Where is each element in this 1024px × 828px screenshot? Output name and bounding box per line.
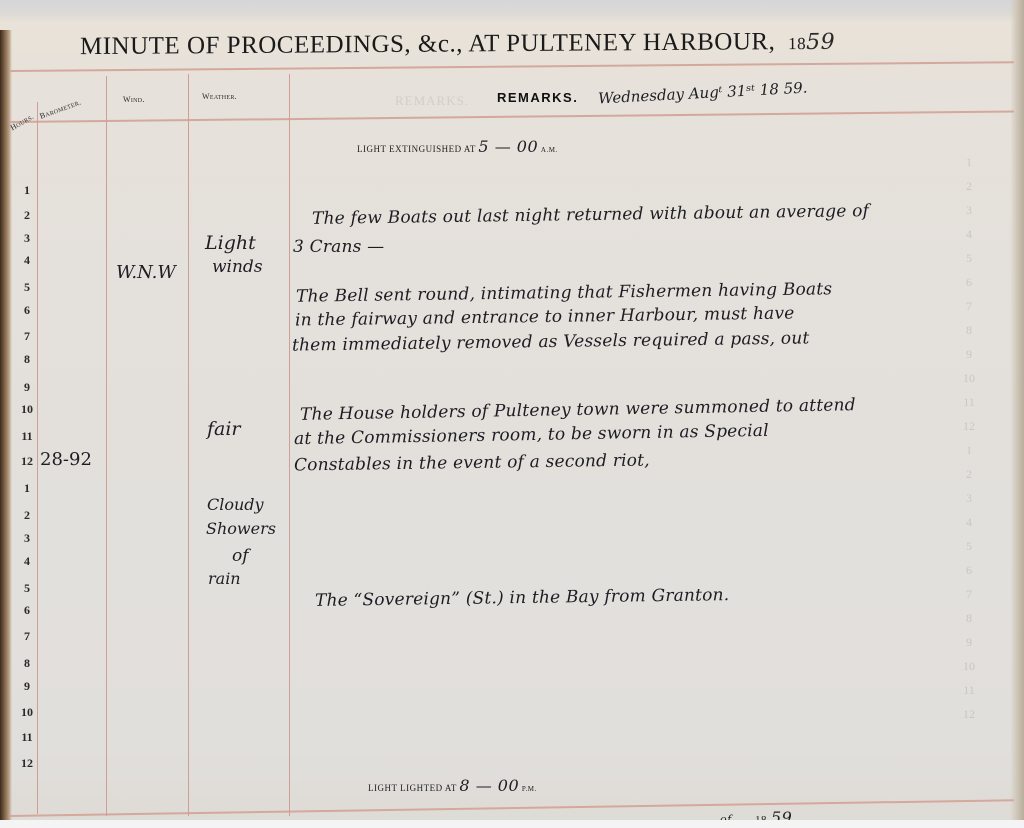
hour-pm-7: 7: [16, 629, 38, 644]
hour-pm-8: 8: [16, 656, 38, 671]
remark-entry-2-line-2: in the fairway and entrance to inner Har…: [295, 304, 795, 331]
hour-am-9: 9: [16, 380, 38, 395]
page-right-edge: [1010, 0, 1024, 828]
hour-pm-1: 1: [16, 481, 38, 496]
light-extinguished-label: LIGHT EXTINGUISHED AT: [357, 144, 476, 154]
light-extinguished-suffix: A.M.: [541, 146, 558, 154]
remark-entry-4-line-1: The “Sovereign” (St.) in the Bay from Gr…: [315, 585, 730, 611]
remark-entry-3-line-3: Constables in the event of a second riot…: [294, 451, 650, 476]
light-extinguished-row: LIGHT EXTINGUISHED AT 5 — 00 A.M.: [357, 137, 558, 156]
header-bottom-rule: [10, 110, 1014, 122]
hour-pm-10: 10: [16, 705, 38, 720]
page-top-shadow: [0, 0, 1024, 22]
hour-am-3: 3: [16, 231, 38, 246]
hour-am-8: 8: [16, 352, 38, 367]
hour-am-5: 5: [16, 280, 38, 295]
light-lighted-suffix: P.M.: [522, 785, 537, 793]
page-title: MINUTE OF PROCEEDINGS, &c., AT PULTENEY …: [80, 27, 960, 61]
remarks-date: Wednesday Augᵗ 31ˢᵗ 18 59.: [598, 79, 808, 108]
hour-pm-5: 5: [16, 581, 38, 596]
remarks-header: REMARKS.: [497, 90, 578, 105]
light-lighted-time: 8 — 00: [459, 776, 519, 795]
wind-col-divider: [188, 74, 189, 816]
page-bottom-edge: [0, 820, 1024, 828]
remark-entry-3-line-1: The House holders of Pulteney town were …: [300, 395, 856, 425]
weather-col-divider: [289, 74, 290, 816]
hour-am-12: 12: [16, 454, 38, 469]
remark-entry-1-line-1: The few Boats out last night returned wi…: [312, 201, 869, 229]
hour-pm-9: 9: [16, 679, 38, 694]
barometer-header: Barometer.: [38, 97, 82, 120]
bleed-through-hours: 123456789101112123456789101112: [962, 150, 976, 726]
hour-pm-2: 2: [16, 508, 38, 523]
hour-am-6: 6: [16, 303, 38, 318]
hour-am-4: 4: [16, 253, 38, 268]
ledger-page: MINUTE OF PROCEEDINGS, &c., AT PULTENEY …: [0, 0, 1024, 828]
bleed-through-text: REMARKS.: [395, 93, 469, 109]
footer-rule: [10, 799, 1014, 817]
weather-afternoon-4: rain: [208, 569, 241, 588]
light-extinguished-time: 5 — 00: [478, 137, 538, 156]
weather-header: Weather.: [202, 92, 237, 101]
hour-am-10: 10: [16, 402, 38, 417]
hour-am-11: 11: [16, 429, 38, 444]
hour-pm-3: 3: [16, 531, 38, 546]
weather-afternoon-1: Cloudy: [207, 495, 264, 514]
weather-afternoon-3: of: [232, 546, 249, 566]
wind-direction: W.N.W: [116, 262, 176, 283]
weather-morning-1: Light: [205, 232, 256, 254]
book-spine: [0, 30, 12, 828]
barometer-col-divider: [106, 76, 107, 816]
hour-am-2: 2: [16, 208, 38, 223]
remark-entry-3-line-2: at the Commissioners room, to be sworn i…: [294, 421, 769, 449]
hour-am-1: 1: [16, 183, 38, 198]
title-year-handwritten: 59: [806, 30, 835, 55]
weather-midday: fair: [207, 418, 241, 440]
wind-header: Wind.: [123, 95, 145, 104]
light-lighted-label: LIGHT LIGHTED AT: [368, 783, 457, 793]
hour-am-7: 7: [16, 329, 38, 344]
hour-pm-4: 4: [16, 554, 38, 569]
remark-entry-1-line-2: 3 Crans —: [293, 237, 384, 257]
hour-pm-6: 6: [16, 603, 38, 618]
header-top-rule: [10, 61, 1014, 72]
weather-morning-2: winds: [212, 257, 263, 277]
light-lighted-row: LIGHT LIGHTED AT 8 — 00 P.M.: [368, 776, 537, 795]
title-text: MINUTE OF PROCEEDINGS, &c., AT PULTENEY …: [80, 28, 775, 60]
weather-afternoon-2: Showers: [206, 519, 276, 538]
title-year-printed: 18: [788, 34, 806, 53]
remark-entry-2-line-3: them immediately removed as Vessels requ…: [292, 328, 810, 355]
remark-entry-2-line-1: The Bell sent round, intimating that Fis…: [296, 279, 833, 306]
barometer-reading: 28-92: [40, 449, 92, 470]
hour-pm-12: 12: [16, 756, 38, 771]
hour-pm-11: 11: [16, 730, 38, 745]
